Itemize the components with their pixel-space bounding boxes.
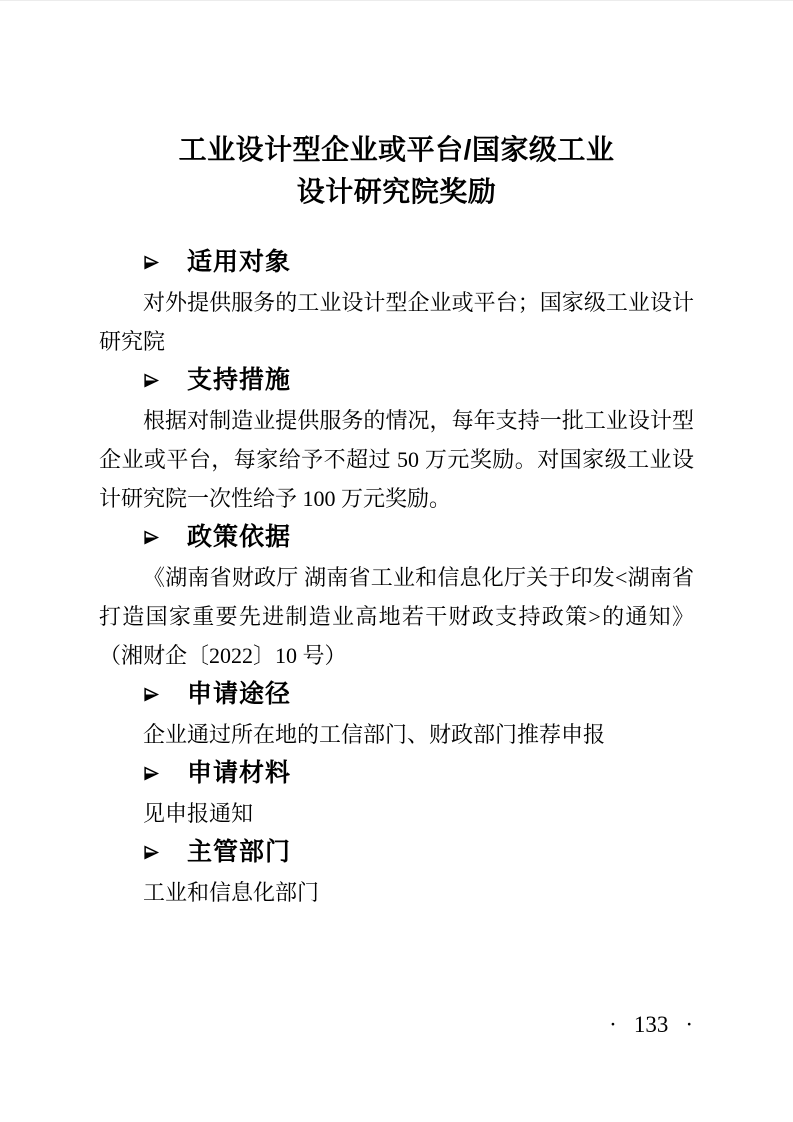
section-body-text: 对外提供服务的工业设计型企业或平台；国家级工业设计研究院	[99, 283, 694, 361]
section-heading-application-materials: 申请材料	[99, 754, 694, 794]
section-body-text: 工业和信息化部门	[99, 873, 694, 912]
page-number-dot-right: ·	[685, 1012, 693, 1037]
section-heading-label: 支持措施	[187, 366, 291, 394]
arrowhead-bullet-icon	[143, 755, 187, 794]
section-heading-applicable-targets: 适用对象	[99, 243, 694, 283]
document-body: 适用对象 对外提供服务的工业设计型企业或平台；国家级工业设计研究院 支持措施 根…	[99, 243, 694, 912]
page-number-dot-left: ·	[609, 1012, 617, 1037]
section-heading-support-measures: 支持措施	[99, 361, 694, 401]
page-number-value: 133	[634, 1012, 669, 1037]
section-heading-label: 政策依据	[187, 523, 291, 551]
section-heading-application-channel: 申请途径	[99, 675, 694, 715]
title-line-2: 设计研究院奖励	[99, 171, 694, 213]
section-heading-competent-department: 主管部门	[99, 833, 694, 873]
section-heading-label: 申请途径	[187, 680, 291, 708]
section-heading-label: 主管部门	[187, 838, 291, 866]
arrowhead-bullet-icon	[143, 834, 187, 873]
arrowhead-bullet-icon	[143, 519, 187, 558]
section-heading-policy-basis: 政策依据	[99, 518, 694, 558]
page-number: ·133·	[609, 1011, 693, 1039]
section-heading-label: 适用对象	[187, 248, 291, 276]
section-body-text: 《湖南省财政厅 湖南省工业和信息化厅关于印发<湖南省打造国家重要先进制造业高地若…	[99, 558, 694, 675]
arrowhead-bullet-icon	[143, 676, 187, 715]
document-page: 工业设计型企业或平台/国家级工业 设计研究院奖励 适用对象 对外提供服务的工业设…	[0, 0, 793, 1122]
title-line-1: 工业设计型企业或平台/国家级工业	[99, 129, 694, 171]
arrowhead-bullet-icon	[143, 244, 187, 283]
arrowhead-bullet-icon	[143, 362, 187, 401]
section-body-text: 企业通过所在地的工信部门、财政部门推荐申报	[99, 715, 694, 754]
document-title: 工业设计型企业或平台/国家级工业 设计研究院奖励	[99, 1, 694, 213]
section-body-text: 根据对制造业提供服务的情况，每年支持一批工业设计型企业或平台，每家给予不超过 5…	[99, 401, 694, 518]
section-body-text: 见申报通知	[99, 794, 694, 833]
section-heading-label: 申请材料	[187, 759, 291, 787]
